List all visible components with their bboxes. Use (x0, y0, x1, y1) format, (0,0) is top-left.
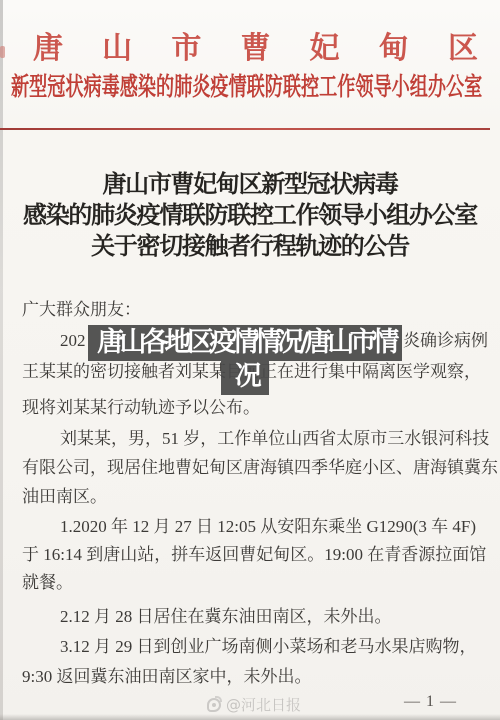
red-edge-mark (0, 46, 5, 58)
letterhead-office-name: 新型冠状病毒感染的肺炎疫情联防联控工作领导小组办公室 (11, 73, 482, 103)
document-title: 唐山市曹妃甸区新型冠状病毒 感染的肺炎疫情联防联控工作领导小组办公室 关于密切接… (10, 170, 490, 263)
itinerary-item-1: 1.2020 年 12 月 27 日 12:05 从安阳东乘坐 G1290(3 … (22, 516, 500, 538)
title-line: 感染的肺炎疫情联防联控工作领导小组办公室 (10, 201, 490, 232)
watermark-text: @河北日报 (226, 697, 301, 713)
itinerary-item-1: 就餐。 (22, 572, 480, 594)
itinerary-item-2: 2.12 月 28 日居住在冀东油田南区，未外出。 (22, 606, 500, 628)
photo-left-edge (0, 0, 3, 720)
obscured-line-right-fragment: 炎确诊病例 (403, 330, 488, 352)
profile-line: 油田南区。 (22, 486, 480, 508)
photo-bottom-edge (0, 714, 500, 720)
profile-line: 有限公司，现居住地曹妃甸区唐海镇四季华庭小区、唐海镇冀东 (22, 457, 480, 479)
org-char: 唐 (33, 33, 63, 65)
news-caption-overlay: 唐山各地区疫情情况/唐山市情 况 (84, 325, 406, 395)
org-char: 市 (171, 33, 201, 65)
document-photo: 唐 山 市 曹 妃 甸 区 新型冠状病毒感染的肺炎疫情联防联控工作领导小组办公室… (0, 0, 500, 720)
publish-line: 现将刘某某行动轨迹予以公布。 (22, 397, 480, 419)
letterhead-org-name: 唐 山 市 曹 妃 甸 区 (33, 33, 478, 65)
caption-line-1: 唐山各地区疫情情况/唐山市情 (88, 325, 402, 361)
org-char: 曹 (240, 33, 270, 65)
caption-line-2: 况 (221, 361, 270, 395)
org-char: 区 (448, 33, 478, 65)
weibo-eye-icon (207, 698, 221, 712)
org-char: 甸 (379, 33, 409, 65)
source-watermark: @河北日报 (207, 697, 301, 713)
title-line: 唐山市曹妃甸区新型冠状病毒 (10, 170, 490, 201)
org-char: 妃 (310, 33, 340, 65)
letterhead-rule (0, 128, 490, 130)
page-number: — 1 — (404, 693, 457, 711)
itinerary-item-3: 9:30 返回冀东油田南区家中，未外出。 (22, 666, 480, 688)
itinerary-item-1: 于 16:14 到唐山站，拼车返回曹妃甸区。19:00 在青香源拉面馆 (22, 544, 480, 566)
salutation: 广大群众朋友： (22, 299, 480, 321)
org-char: 山 (102, 33, 132, 65)
title-line: 关于密切接触者行程轨迹的公告 (10, 232, 490, 263)
itinerary-item-3: 3.12 月 29 日到创业广场南侧小菜场和老马水果店购物， (22, 636, 500, 658)
obscured-line-left-fragment: 202 (60, 331, 86, 350)
profile-line: 刘某某，男，51 岁，工作单位山西省太原市三水银河科技 (22, 428, 500, 450)
